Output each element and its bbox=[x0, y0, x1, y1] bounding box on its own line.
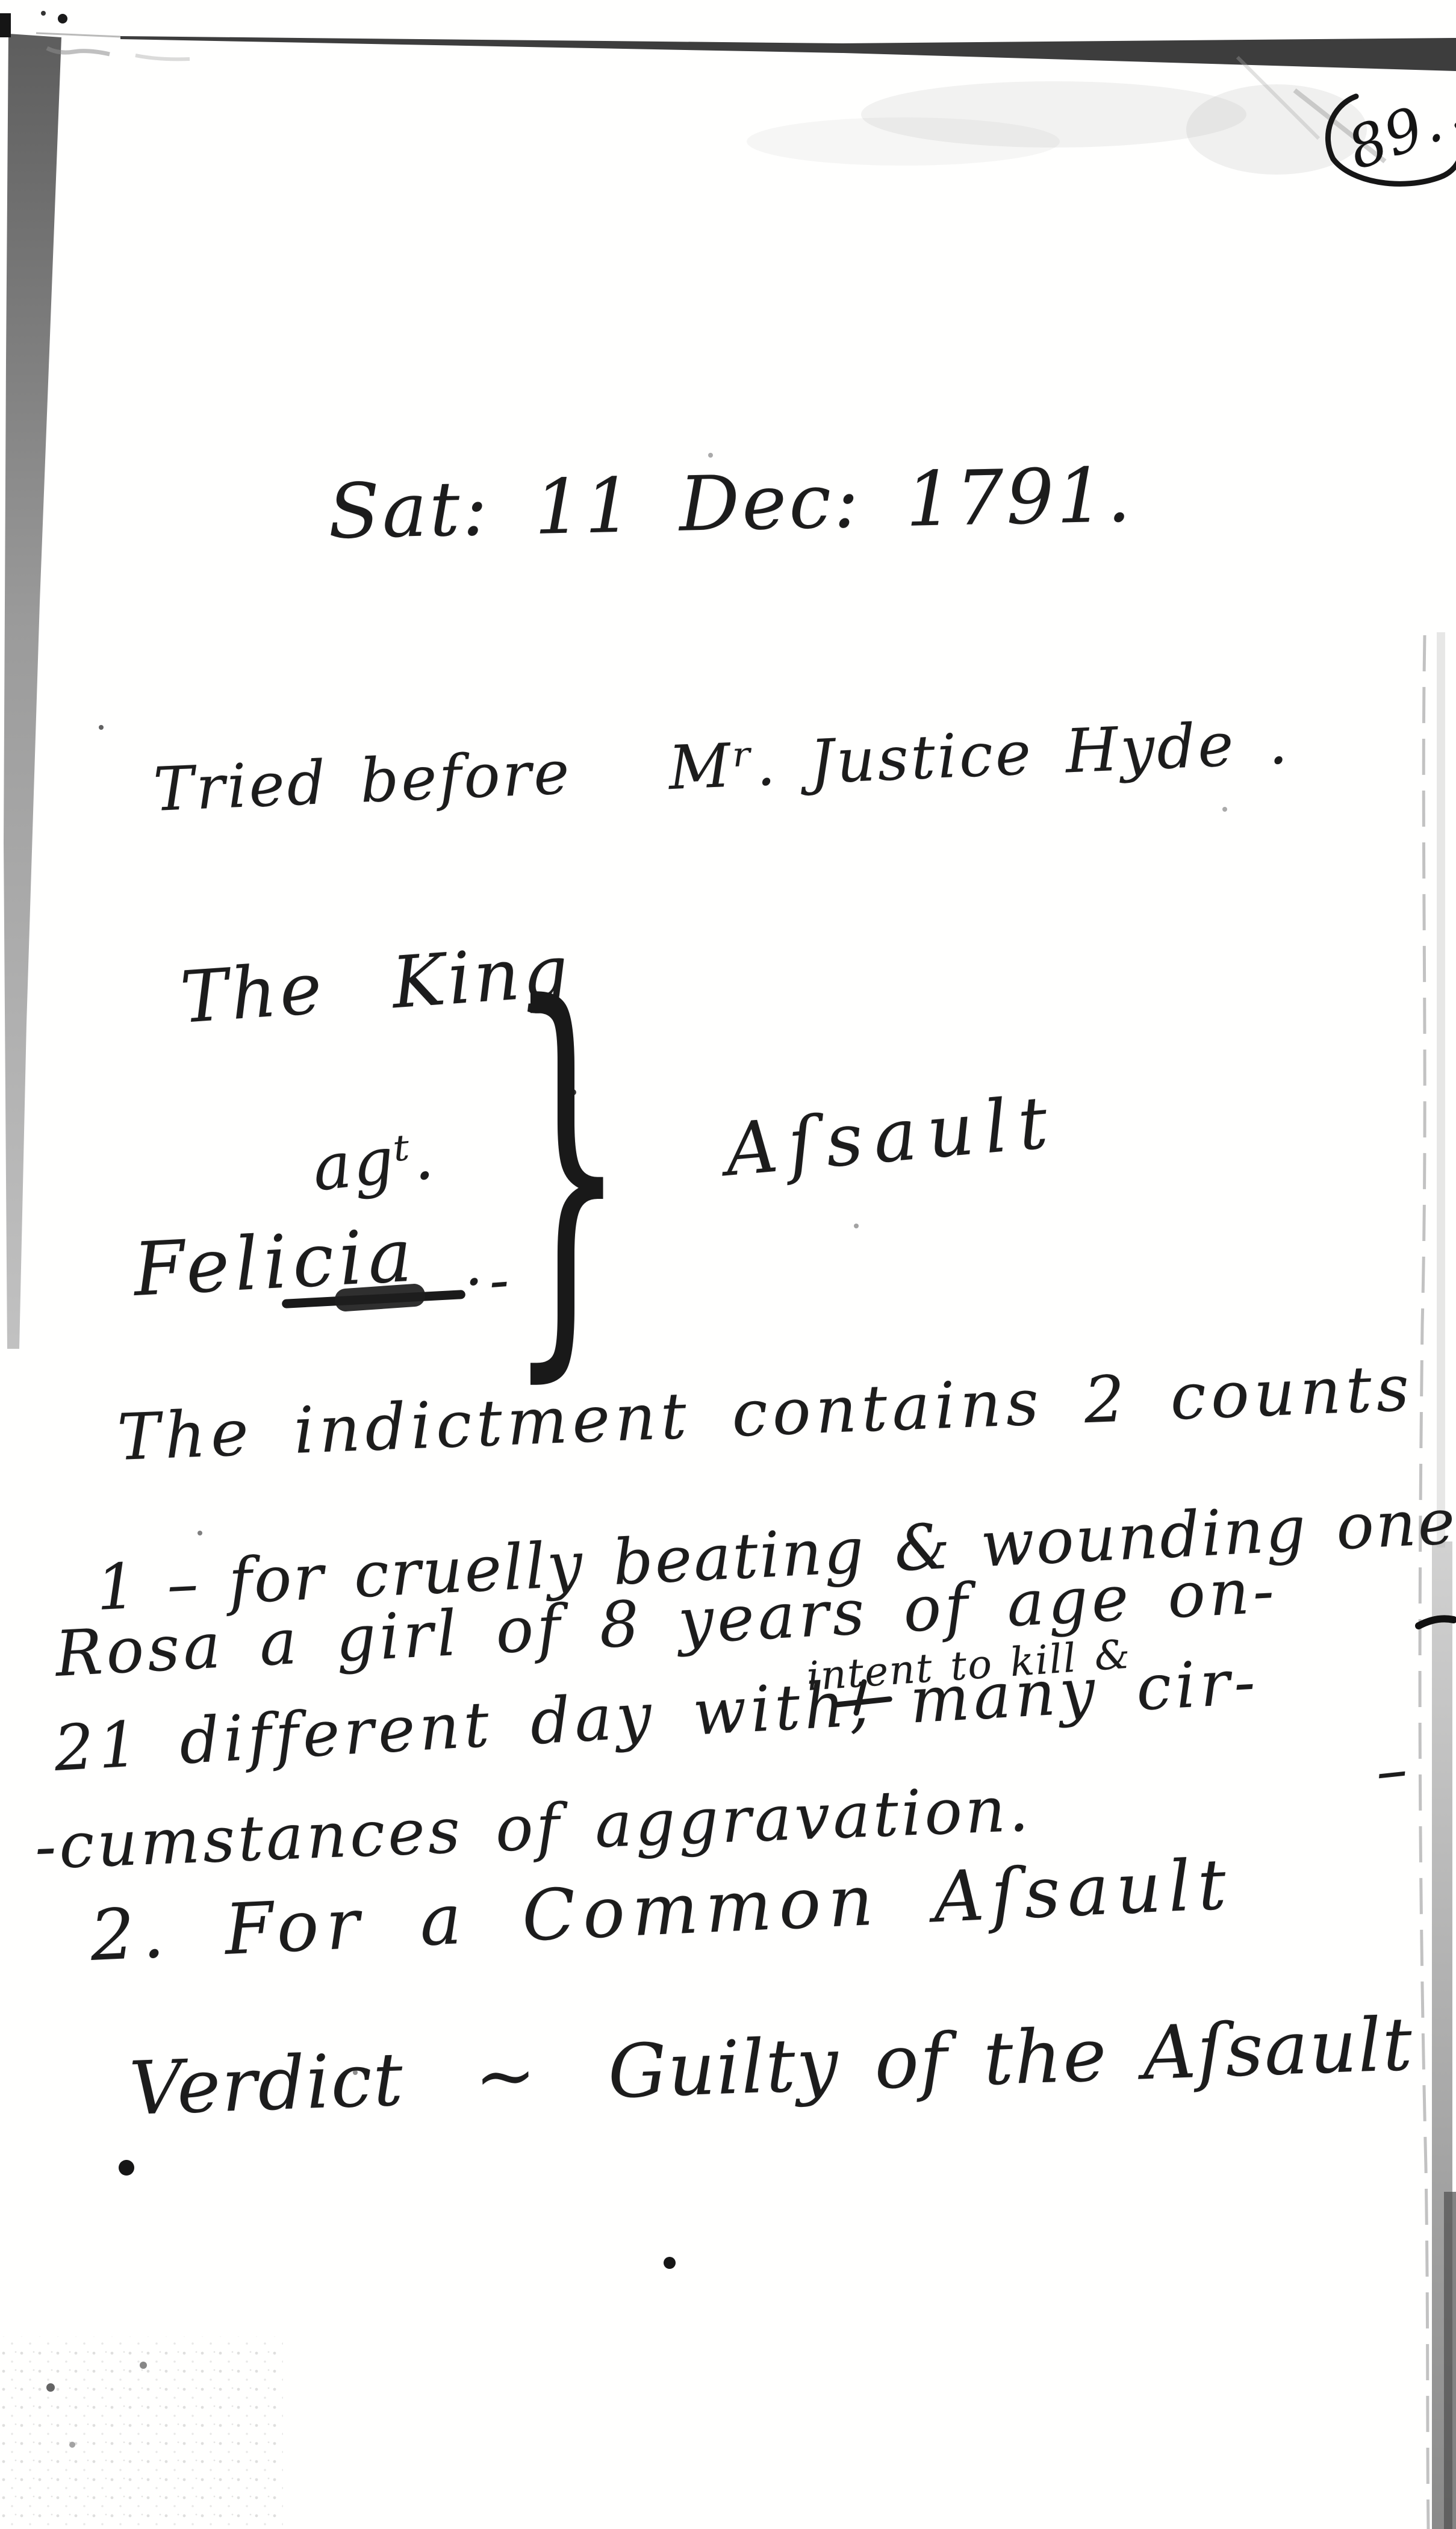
tried-before-line: Tried before Mʳ. Justice Hyde . bbox=[152, 712, 1291, 820]
right-edge-streaks bbox=[1432, 1541, 1452, 2529]
line-continuation-dash: – bbox=[1373, 1737, 1411, 1803]
bottom-left-smudge bbox=[0, 2336, 283, 2529]
manuscript-page: 89. Sat: 11 Dec: 1791. Tried before Mʳ. … bbox=[0, 0, 1456, 2529]
ink-blot bbox=[664, 2257, 676, 2269]
page-number: 89. bbox=[1339, 87, 1452, 183]
case-brace: } bbox=[507, 955, 627, 1381]
ink-blot-2 bbox=[119, 2160, 134, 2176]
verdict-line: Verdict ~ Guilty of the Aſsault bbox=[128, 2008, 1414, 2126]
top-scan-band bbox=[120, 36, 1456, 71]
indictment-line-1: The indictment contains 2 counts bbox=[116, 1356, 1415, 1470]
case-charge: Aſsault bbox=[723, 1086, 1061, 1187]
right-edge-line bbox=[1420, 635, 1428, 2529]
case-versus-abbrev: agᵗ. bbox=[310, 1124, 438, 1201]
left-scan-band bbox=[4, 34, 61, 1349]
date-line: Sat: 11 Dec: 1791. bbox=[328, 458, 1134, 550]
